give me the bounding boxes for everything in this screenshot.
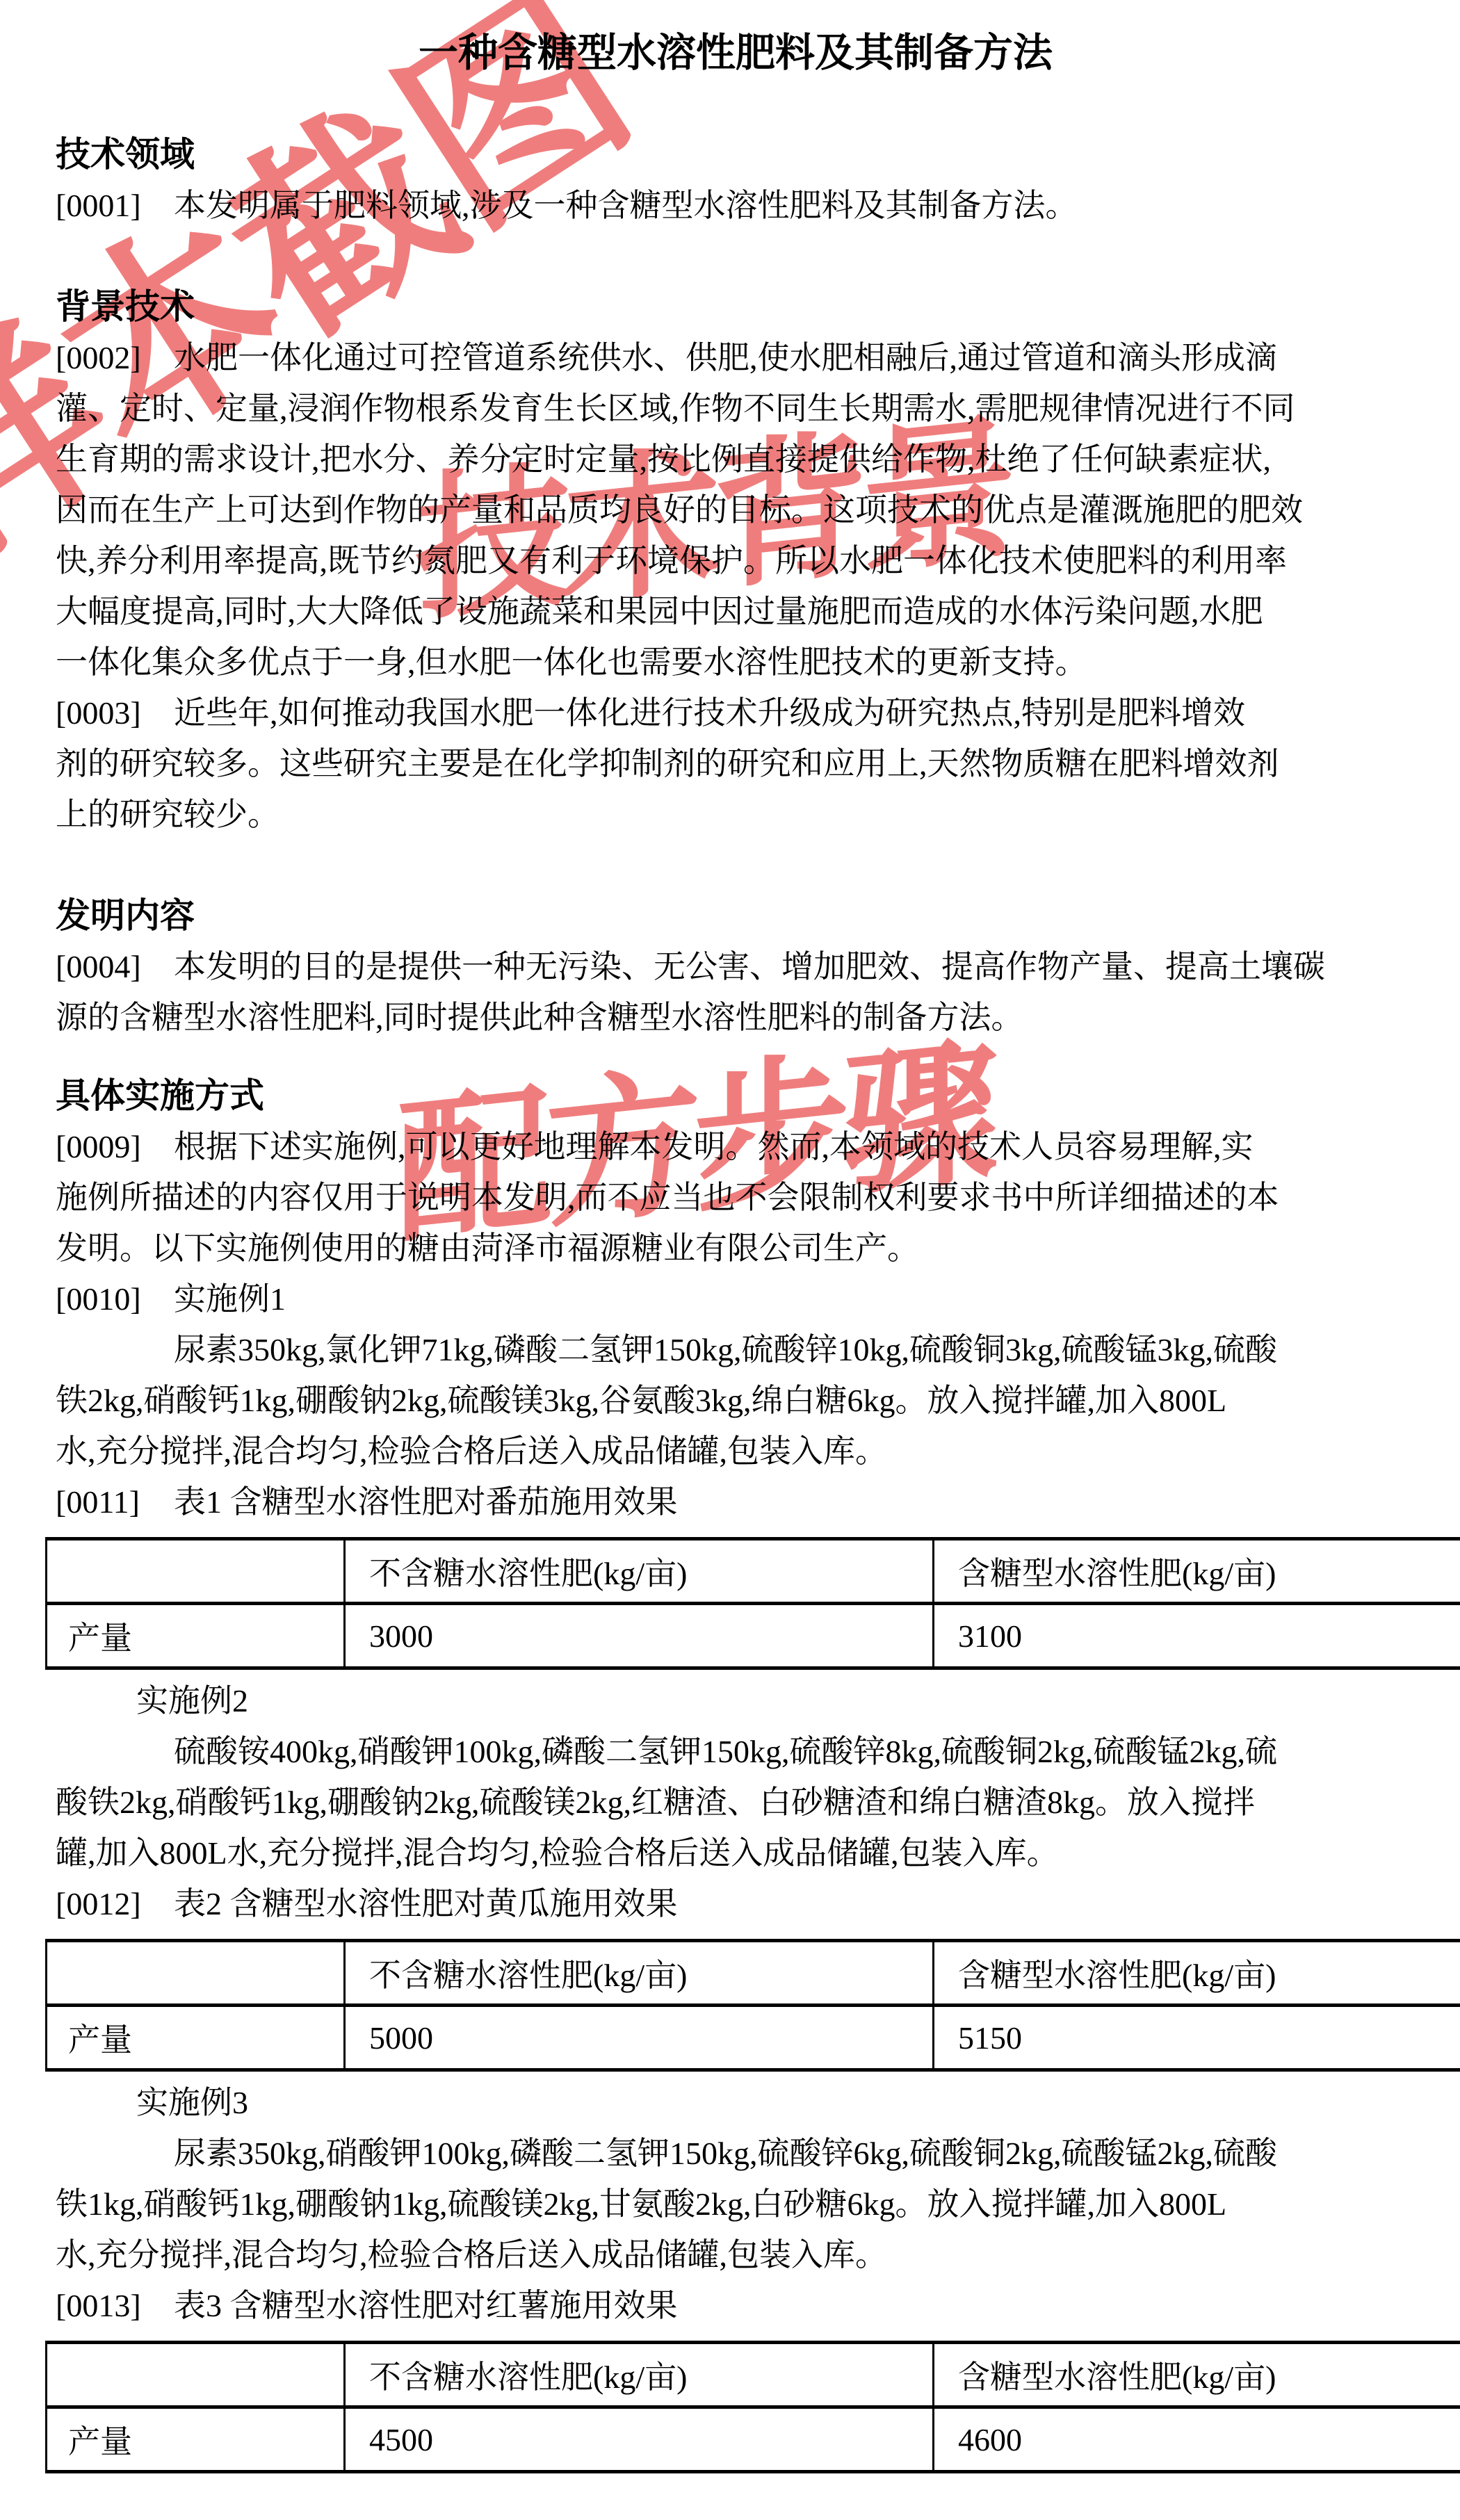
table-header-cell: 不含糖水溶性肥(kg/亩) [345,1941,934,2006]
heading-invention-content: 发明内容 [56,891,1416,941]
table-header-row: 不含糖水溶性肥(kg/亩)含糖型水溶性肥(kg/亩) [47,1941,1460,2006]
text-line: [0003]近些年,如何推动我国水肥一体化进行技术升级成为研究热点,特别是肥料增… [56,688,1416,738]
text-run: 表2 含糖型水溶性肥对黄瓜施用效果 [174,1886,678,1921]
paragraph-tag: [0002] [56,332,174,383]
heading-background: 背景技术 [56,282,1416,332]
table-data-row: 产量30003100 [47,1604,1460,1668]
text-run: 近些年,如何推动我国水肥一体化进行技术升级成为研究热点,特别是肥料增效 [174,695,1245,731]
paragraph-0003: [0003]近些年,如何推动我国水肥一体化进行技术升级成为研究热点,特别是肥料增… [56,688,1416,840]
text-run: 酸铁2kg,硝酸钙1kg,硼酸钠2kg,硫酸镁2kg,红糖渣、白砂糖渣和绵白糖渣… [56,1785,1255,1820]
text-run: 源的含糖型水溶性肥料,同时提供此种含糖型水溶性肥料的制备方法。 [56,1000,1023,1035]
table-header-cell [47,2343,345,2407]
text-run: 尿素350kg,硝酸钾100kg,磷酸二氢钾150kg,硫酸锌6kg,硫酸铜2k… [174,2136,1277,2171]
table-cell: 3100 [934,1604,1460,1668]
table-header-row: 不含糖水溶性肥(kg/亩)含糖型水溶性肥(kg/亩) [47,1539,1460,1604]
text-line: 尿素350kg,硝酸钾100kg,磷酸二氢钾150kg,硫酸锌6kg,硫酸铜2k… [56,2128,1416,2179]
text-run: 实施例2 [136,1683,248,1718]
text-line: 尿素350kg,氯化钾71kg,磷酸二氢钾150kg,硫酸锌10kg,硫酸铜3k… [56,1324,1416,1375]
text-run: 根据下述实施例,可以更好地理解本发明。然而,本领域的技术人员容易理解,实 [174,1129,1254,1164]
paragraph-tag: [0009] [56,1121,174,1172]
text-line: 技术领域 [56,129,1416,180]
paragraph-0009: [0009]根据下述实施例,可以更好地理解本发明。然而,本领域的技术人员容易理解… [56,1121,1416,1274]
paragraph-tag: [0011] [56,1477,174,1527]
text-line: [0013]表3 含糖型水溶性肥对红薯施用效果 [56,2280,1416,2331]
text-line: 发明。以下实施例使用的糖由菏泽市福源糖业有限公司生产。 [56,1223,1416,1274]
example1-label: [0010]实施例1 [56,1274,1416,1324]
example3-recipe: 尿素350kg,硝酸钾100kg,磷酸二氢钾150kg,硫酸锌6kg,硫酸铜2k… [56,2128,1416,2280]
text-run: 技术领域 [56,135,195,174]
table-header-cell: 含糖型水溶性肥(kg/亩) [934,1941,1460,2006]
text-line: 酸铁2kg,硝酸钙1kg,硼酸钠2kg,硫酸镁2kg,红糖渣、白砂糖渣和绵白糖渣… [56,1777,1416,1828]
text-line: 上的研究较少。 [56,789,1416,840]
table2-cucumber-effect: 不含糖水溶性肥(kg/亩)含糖型水溶性肥(kg/亩)产量50005150 [45,1939,1460,2072]
example2-label: 实施例2 [56,1675,1416,1726]
paragraph-0002: [0002]水肥一体化通过可控管道系统供水、供肥,使水肥相融后,通过管道和滴头形… [56,332,1416,688]
text-line: 一体化集众多优点于一身,但水肥一体化也需要水溶性肥技术的更新支持。 [56,637,1416,688]
text-line: 罐,加入800L水,充分搅拌,混合均匀,检验合格后送入成品储罐,包装入库。 [56,1828,1416,1878]
text-line: 生育期的需求设计,把水分、养分定时定量,按比例直接提供给作物,杜绝了任何缺素症状… [56,434,1416,485]
text-run: 罐,加入800L水,充分搅拌,混合均匀,检验合格后送入成品储罐,包装入库。 [56,1835,1059,1871]
table-cell: 5000 [345,2006,934,2070]
text-run: 水,充分搅拌,混合均匀,检验合格后送入成品储罐,包装入库。 [56,1433,887,1469]
table-header-cell: 含糖型水溶性肥(kg/亩) [934,1539,1460,1604]
text-run: 表1 含糖型水溶性肥对番茄施用效果 [174,1484,678,1520]
text-run: 发明内容 [56,896,195,935]
text-line: 剂的研究较多。这些研究主要是在化学抑制剂的研究和应用上,天然物质糖在肥料增效剂 [56,738,1416,789]
text-run: 铁1kg,硝酸钙1kg,硼酸钠1kg,硫酸镁2kg,甘氨酸2kg,白砂糖6kg。… [56,2186,1226,2222]
text-run: 施例所描述的内容仅用于说明本发明,而不应当也不会限制权利要求书中所详细描述的本 [56,1180,1279,1215]
table-cell: 4600 [934,2407,1460,2472]
text-run: 发明。以下实施例使用的糖由菏泽市福源糖业有限公司生产。 [56,1230,919,1266]
text-line: 水,充分搅拌,混合均匀,检验合格后送入成品储罐,包装入库。 [56,1426,1416,1477]
text-run: 水肥一体化通过可控管道系统供水、供肥,使水肥相融后,通过管道和滴头形成滴 [174,340,1277,375]
text-line: 因而在生产上可达到作物的产量和品质均良好的目标。这项技术的优点是灌溉施肥的肥效 [56,485,1416,535]
table-header-cell [47,1941,345,2006]
table-header-cell: 含糖型水溶性肥(kg/亩) [934,2343,1460,2407]
table-header-cell: 不含糖水溶性肥(kg/亩) [345,1539,934,1604]
text-line: 具体实施方式 [56,1071,1416,1121]
text-line: [0004]本发明的目的是提供一种无污染、无公害、增加肥效、提高作物产量、提高土… [56,941,1416,992]
table-cell: 3000 [345,1604,934,1668]
paragraph-0001: [0001]本发明属于肥料领域,涉及一种含糖型水溶性肥料及其制备方法。 [56,180,1416,231]
text-run: 具体实施方式 [56,1076,264,1115]
heading-technical-field: 技术领域 [56,129,1416,180]
text-line: [0011]表1 含糖型水溶性肥对番茄施用效果 [56,1477,1416,1527]
table-cell: 产量 [47,1604,345,1668]
table1-caption: [0011]表1 含糖型水溶性肥对番茄施用效果 [56,1477,1416,1527]
text-run: 上的研究较少。 [56,797,279,832]
table1-tomato-effect: 不含糖水溶性肥(kg/亩)含糖型水溶性肥(kg/亩)产量30003100 [45,1537,1460,1670]
paragraph-tag: [0013] [56,2280,174,2331]
text-run: 尿素350kg,氯化钾71kg,磷酸二氢钾150kg,硫酸锌10kg,硫酸铜3k… [174,1332,1277,1367]
paragraph-tag: [0010] [56,1274,174,1324]
text-line: 铁2kg,硝酸钙1kg,硼酸钠2kg,硫酸镁3kg,谷氨酸3kg,绵白糖6kg。… [56,1375,1416,1426]
table2-caption: [0012]表2 含糖型水溶性肥对黄瓜施用效果 [56,1878,1416,1929]
text-run: 本发明的目的是提供一种无污染、无公害、增加肥效、提高作物产量、提高土壤碳 [174,949,1325,984]
paragraph-tag: [0003] [56,688,174,738]
table-cell: 5150 [934,2006,1460,2070]
text-run: 本发明属于肥料领域,涉及一种含糖型水溶性肥料及其制备方法。 [174,188,1078,223]
table3-caption: [0013]表3 含糖型水溶性肥对红薯施用效果 [56,2280,1416,2331]
text-run: 表3 含糖型水溶性肥对红薯施用效果 [174,2288,678,2323]
text-run: 因而在生产上可达到作物的产量和品质均良好的目标。这项技术的优点是灌溉施肥的肥效 [56,492,1303,528]
table3-sweet-potato-effect: 不含糖水溶性肥(kg/亩)含糖型水溶性肥(kg/亩)产量45004600 [45,2341,1460,2473]
example1-recipe: 尿素350kg,氯化钾71kg,磷酸二氢钾150kg,硫酸锌10kg,硫酸铜3k… [56,1324,1416,1477]
example2-recipe: 硫酸铵400kg,硝酸钾100kg,磷酸二氢钾150kg,硫酸锌8kg,硫酸铜2… [56,1726,1416,1878]
text-run: 大幅度提高,同时,大大降低了设施蔬菜和果园中因过量施肥而造成的水体污染问题,水肥 [56,594,1263,629]
text-run: 实施例1 [174,1281,286,1317]
table-data-row: 产量50005150 [47,2006,1460,2070]
text-run: 背景技术 [56,287,195,326]
table-header-cell: 不含糖水溶性肥(kg/亩) [345,2343,934,2407]
patent-document-page: 一种含糖型水溶性肥料及其制备方法技术领域[0001]本发明属于肥料领域,涉及一种… [0,0,1460,2520]
paragraph-tag: [0004] [56,941,174,992]
text-line: 源的含糖型水溶性肥料,同时提供此种含糖型水溶性肥料的制备方法。 [56,992,1416,1043]
text-line: 实施例2 [56,1675,1416,1726]
text-run: 铁2kg,硝酸钙1kg,硼酸钠2kg,硫酸镁3kg,谷氨酸3kg,绵白糖6kg。… [56,1383,1226,1418]
text-line: 一种含糖型水溶性肥料及其制备方法 [56,28,1416,79]
example3-label: 实施例3 [56,2077,1416,2128]
text-line: [0010]实施例1 [56,1274,1416,1324]
text-run: 一体化集众多优点于一身,但水肥一体化也需要水溶性肥技术的更新支持。 [56,644,1087,680]
text-line: 施例所描述的内容仅用于说明本发明,而不应当也不会限制权利要求书中所详细描述的本 [56,1172,1416,1223]
table-cell: 4500 [345,2407,934,2472]
text-line: [0002]水肥一体化通过可控管道系统供水、供肥,使水肥相融后,通过管道和滴头形… [56,332,1416,383]
document-body: 一种含糖型水溶性肥料及其制备方法技术领域[0001]本发明属于肥料领域,涉及一种… [56,28,1416,2473]
paragraph-tag: [0001] [56,180,174,231]
paragraph-tag: [0012] [56,1878,174,1929]
text-line: 铁1kg,硝酸钙1kg,硼酸钠1kg,硫酸镁2kg,甘氨酸2kg,白砂糖6kg。… [56,2179,1416,2229]
text-run: 实施例3 [136,2085,248,2120]
text-run: 灌、定时、定量,浸润作物根系发育生长区域,作物不同生长期需水,需肥规律情况进行不… [56,391,1295,426]
text-run: 快,养分利用率提高,既节约氮肥又有利于环境保护。所以水肥一体化技术使肥料的利用率 [56,543,1287,578]
paragraph-0004: [0004]本发明的目的是提供一种无污染、无公害、增加肥效、提高作物产量、提高土… [56,941,1416,1043]
text-line: 大幅度提高,同时,大大降低了设施蔬菜和果园中因过量施肥而造成的水体污染问题,水肥 [56,586,1416,637]
text-line: 硫酸铵400kg,硝酸钾100kg,磷酸二氢钾150kg,硫酸锌8kg,硫酸铜2… [56,1726,1416,1777]
text-line: 灌、定时、定量,浸润作物根系发育生长区域,作物不同生长期需水,需肥规律情况进行不… [56,383,1416,434]
text-line: [0001]本发明属于肥料领域,涉及一种含糖型水溶性肥料及其制备方法。 [56,180,1416,231]
text-line: 快,养分利用率提高,既节约氮肥又有利于环境保护。所以水肥一体化技术使肥料的利用率 [56,535,1416,586]
table-header-row: 不含糖水溶性肥(kg/亩)含糖型水溶性肥(kg/亩) [47,2343,1460,2407]
table-cell: 产量 [47,2006,345,2070]
table-data-row: 产量45004600 [47,2407,1460,2472]
text-line: 水,充分搅拌,混合均匀,检验合格后送入成品储罐,包装入库。 [56,2229,1416,2280]
text-line: [0012]表2 含糖型水溶性肥对黄瓜施用效果 [56,1878,1416,1929]
patent-title: 一种含糖型水溶性肥料及其制备方法 [56,28,1416,79]
text-line: 背景技术 [56,282,1416,332]
text-run: 生育期的需求设计,把水分、养分定时定量,按比例直接提供给作物,杜绝了任何缺素症状… [56,441,1271,477]
heading-embodiments: 具体实施方式 [56,1071,1416,1121]
text-line: 实施例3 [56,2077,1416,2128]
text-line: 发明内容 [56,891,1416,941]
table-cell: 产量 [47,2407,345,2472]
text-run: 一种含糖型水溶性肥料及其制备方法 [419,31,1053,75]
text-run: 剂的研究较多。这些研究主要是在化学抑制剂的研究和应用上,天然物质糖在肥料增效剂 [56,746,1279,781]
text-run: 硫酸铵400kg,硝酸钾100kg,磷酸二氢钾150kg,硫酸锌8kg,硫酸铜2… [174,1734,1277,1769]
text-line: [0009]根据下述实施例,可以更好地理解本发明。然而,本领域的技术人员容易理解… [56,1121,1416,1172]
text-run: 水,充分搅拌,混合均匀,检验合格后送入成品储罐,包装入库。 [56,2237,887,2273]
table-header-cell [47,1539,345,1604]
